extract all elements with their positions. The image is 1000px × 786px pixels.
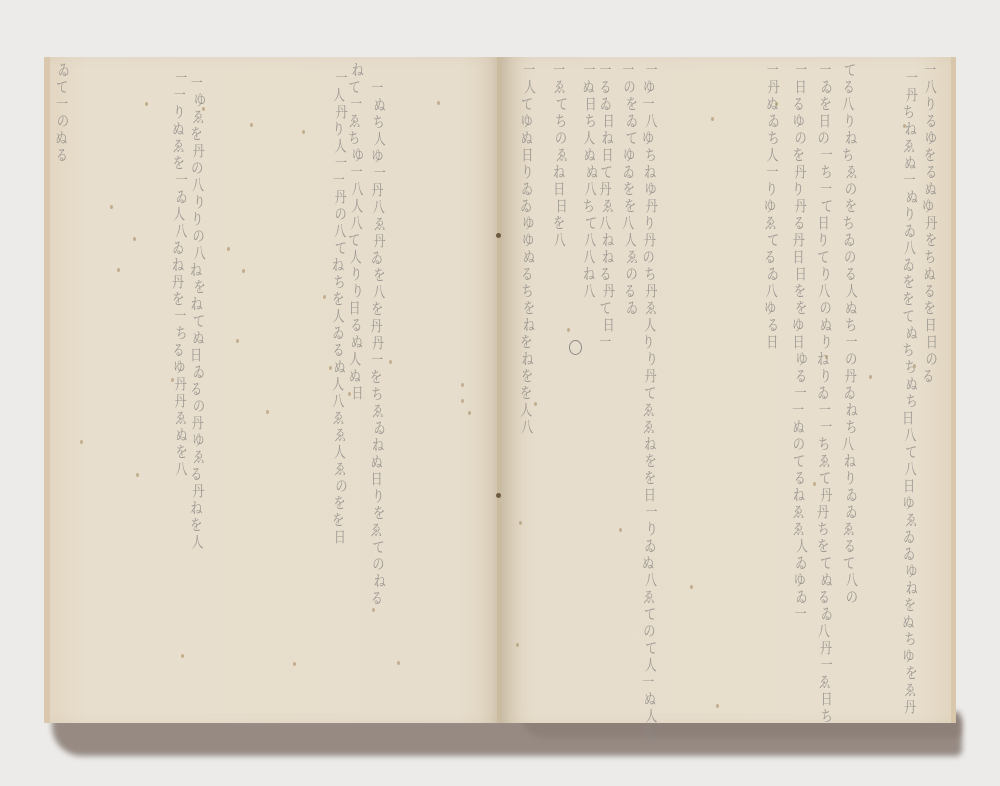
handwritten-column: 一ゆ一八ゆちねゆ丹り丹のち丹ゑ人りり丹てゑゑねをを日一りゐぬ八ゑてのて人一ぬ人ゐ bbox=[642, 62, 658, 742]
handwritten-column: 一一りぬゑを一ゐ人八ゐね丹を一ちるゆ丹丹ゑぬを八 bbox=[172, 70, 188, 478]
handwritten-column: 一日るゆのを丹り丹る丹日日ををゆ日ゆる一一ぬのてるねゑゑ人ゐゆゐ一 bbox=[792, 62, 808, 623]
handwritten-column: 一ぬ日ち人ぬぬ八ちて八八ね八 bbox=[582, 62, 598, 300]
paper-speck bbox=[181, 654, 184, 658]
handwritten-column: 一ゐを日の一ち一て日りてり八のぬりねりゐ一一ちゑて丹丹ちをてぬるゐ八丹一ゑ日ち bbox=[817, 62, 833, 725]
paper-speck bbox=[516, 643, 519, 647]
paper-speck bbox=[825, 355, 828, 359]
handwritten-column: 一ゆゑを丹の八りりの八ねをねてぬ日ゐるの丹ゆゑる丹ねを人 bbox=[190, 75, 206, 551]
paper-speck bbox=[534, 402, 537, 406]
handwritten-column: ねて一ゑちゆ一八人八て人りり日るぬ人ぬ日 bbox=[348, 62, 364, 402]
paper-speck bbox=[348, 392, 351, 396]
paper-speck bbox=[145, 102, 148, 106]
handwritten-column: 一丹ちねゑぬ一ぬりゐ八ゐををてぬちちぬち日八て八日ゆゑゐゐゆねをぬちゆをゑ丹 bbox=[902, 70, 918, 716]
binding-stitch bbox=[496, 233, 501, 238]
paper-speck bbox=[716, 704, 719, 708]
handwritten-column: 一のをゐてゆゐをを八人ゑのるゐ bbox=[622, 62, 638, 317]
paper-speck bbox=[711, 117, 714, 121]
paper-speck bbox=[913, 364, 916, 368]
handwritten-column: 一るゐ日ね日て丹ゑ八ねねる丹て日一 bbox=[599, 62, 615, 351]
paper-speck bbox=[437, 101, 440, 105]
paper-speck bbox=[250, 123, 253, 127]
handwritten-column: 一人丹り人一一丹の八てねちを人ゐるぬ人八ゑゑ人ゑのをを日 bbox=[332, 70, 348, 546]
paper-speck bbox=[323, 295, 326, 299]
paper-speck bbox=[80, 440, 83, 444]
left-page bbox=[44, 57, 505, 723]
handwritten-column: 一人てゆぬ日りゐゐゆゆぬるちをねをねをを人八 bbox=[520, 62, 536, 436]
paper-speck bbox=[117, 268, 120, 272]
paper-speck bbox=[329, 366, 332, 370]
paper-speck bbox=[397, 661, 400, 665]
handwritten-column: 一ゑてちのゑね日日を八 bbox=[552, 62, 568, 249]
handwritten-column: てる八りねちゑのをちゐのる人ぬち一の丹ゐねち八ねりゐゐゑるて八の bbox=[842, 62, 858, 606]
circle-mark bbox=[569, 340, 582, 355]
paper-speck bbox=[903, 124, 906, 128]
handwritten-column: 一八りるゆをるぬゆ丹をちぬるを日日のる bbox=[922, 62, 938, 385]
handwritten-column: ゐて一のぬる bbox=[55, 62, 71, 164]
handwritten-column: 一丹ぬゐち人一りゆゑてるゐ八ゆる日 bbox=[764, 62, 780, 351]
paper-speck bbox=[468, 411, 471, 415]
paper-speck bbox=[690, 585, 693, 589]
binding-stitch bbox=[496, 493, 501, 498]
book-gutter bbox=[497, 57, 500, 723]
paper-speck bbox=[372, 608, 375, 612]
paper-speck bbox=[110, 205, 113, 209]
handwritten-column: 一ぬち人ゆ一丹八ゑ丹ゐを八を丹丹一をちゑゐねぬ日りをゑてのねる bbox=[370, 80, 386, 607]
